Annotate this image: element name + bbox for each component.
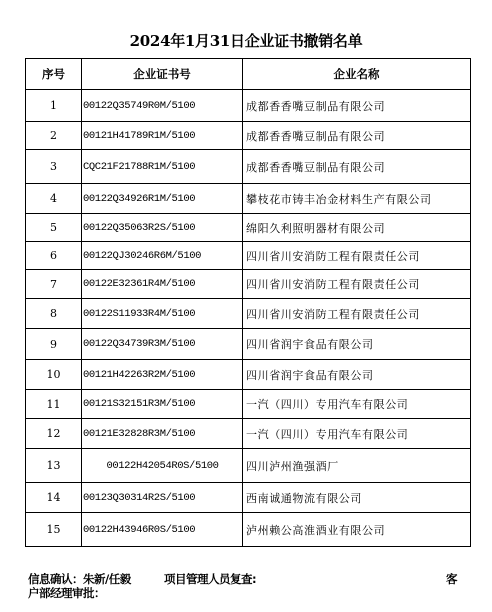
table-row: 11 00121S32151R3M/5100 一汽（四川）专用汽车有限公司: [26, 390, 471, 419]
row-cert: 00122H43946R0S/5100: [82, 513, 243, 547]
row-cert: 00123Q30314R2S/5100: [82, 483, 243, 513]
revocation-table: 序号 企业证书号 企业名称 1 00122Q35749R0M/5100 成都香香…: [25, 58, 471, 547]
row-company: 四川省润宇食品有限公司: [243, 329, 471, 360]
row-company: 绵阳久利照明器材有限公司: [243, 214, 471, 242]
table-row: 14 00123Q30314R2S/5100 西南诚通物流有限公司: [26, 483, 471, 513]
row-cert: 00122E32361R4M/5100: [82, 270, 243, 299]
row-cert: 00122H42054R0S/5100: [82, 449, 243, 483]
row-company: 成都香香嘴豆制品有限公司: [243, 90, 471, 122]
table-row: 9 00122Q34739R3M/5100 四川省润宇食品有限公司: [26, 329, 471, 360]
row-company: 泸州赖公高淮酒业有限公司: [243, 513, 471, 547]
row-company: 四川省川安消防工程有限责任公司: [243, 242, 471, 270]
signature-footer: 信息确认：朱新/任毅 项目管理人员复查: 客 户部经理审批：: [28, 572, 468, 600]
table-header-row: 序号 企业证书号 企业名称: [26, 59, 471, 90]
row-cert: 00121H42263R2M/5100: [82, 360, 243, 390]
info-confirm-label: 信息确认：朱新/任毅: [28, 572, 131, 586]
table-row: 2 00121H41789R1M/5100 成都香香嘴豆制品有限公司: [26, 122, 471, 150]
header-seq: 序号: [26, 59, 82, 90]
row-cert: 00122Q35749R0M/5100: [82, 90, 243, 122]
row-company: 西南诚通物流有限公司: [243, 483, 471, 513]
row-seq: 9: [26, 329, 82, 360]
table-row: 8 00122S11933R4M/5100 四川省川安消防工程有限责任公司: [26, 299, 471, 329]
row-company: 四川泸州渔强酒厂: [243, 449, 471, 483]
row-cert: 00121S32151R3M/5100: [82, 390, 243, 419]
row-seq: 3: [26, 150, 82, 184]
row-seq: 12: [26, 419, 82, 449]
row-seq: 6: [26, 242, 82, 270]
table-row: 10 00121H42263R2M/5100 四川省润宇食品有限公司: [26, 360, 471, 390]
manager-approval-label: 户部经理审批：: [28, 586, 468, 600]
row-company: 四川省川安消防工程有限责任公司: [243, 299, 471, 329]
row-seq: 15: [26, 513, 82, 547]
table-row: 5 00122Q35063R2S/5100 绵阳久利照明器材有限公司: [26, 214, 471, 242]
row-cert: 00121H41789R1M/5100: [82, 122, 243, 150]
row-seq: 5: [26, 214, 82, 242]
row-company: 一汽（四川）专用汽车有限公司: [243, 390, 471, 419]
row-company: 四川省润宇食品有限公司: [243, 360, 471, 390]
row-cert: 00122Q34926R1M/5100: [82, 184, 243, 214]
row-seq: 8: [26, 299, 82, 329]
row-seq: 14: [26, 483, 82, 513]
row-seq: 4: [26, 184, 82, 214]
table-row: 4 00122Q34926R1M/5100 攀枝花市铸丰冶金材料生产有限公司: [26, 184, 471, 214]
row-seq: 11: [26, 390, 82, 419]
row-company: 四川省川安消防工程有限责任公司: [243, 270, 471, 299]
table-row: 1 00122Q35749R0M/5100 成都香香嘴豆制品有限公司: [26, 90, 471, 122]
table-row: 13 00122H42054R0S/5100 四川泸州渔强酒厂: [26, 449, 471, 483]
row-company: 攀枝花市铸丰冶金材料生产有限公司: [243, 184, 471, 214]
row-seq: 7: [26, 270, 82, 299]
row-cert: 00121E32828R3M/5100: [82, 419, 243, 449]
table-row: 3 CQC21F21788R1M/5100 成都香香嘴豆制品有限公司: [26, 150, 471, 184]
header-cert-number: 企业证书号: [82, 59, 243, 90]
pm-review-label: 项目管理人员复查:: [164, 572, 256, 586]
customer-dept-prefix: 客: [446, 572, 457, 586]
row-cert: 00122Q35063R2S/5100: [82, 214, 243, 242]
row-seq: 10: [26, 360, 82, 390]
row-company: 一汽（四川）专用汽车有限公司: [243, 419, 471, 449]
header-company-name: 企业名称: [243, 59, 471, 90]
row-company: 成都香香嘴豆制品有限公司: [243, 122, 471, 150]
table-row: 12 00121E32828R3M/5100 一汽（四川）专用汽车有限公司: [26, 419, 471, 449]
page-title: 2024年1月31日企业证书撤销名单: [0, 30, 492, 51]
row-cert: CQC21F21788R1M/5100: [82, 150, 243, 184]
table-row: 15 00122H43946R0S/5100 泸州赖公高淮酒业有限公司: [26, 513, 471, 547]
row-seq: 2: [26, 122, 82, 150]
row-company: 成都香香嘴豆制品有限公司: [243, 150, 471, 184]
row-cert: 00122QJ30246R6M/5100: [82, 242, 243, 270]
row-cert: 00122S11933R4M/5100: [82, 299, 243, 329]
row-seq: 13: [26, 449, 82, 483]
row-cert: 00122Q34739R3M/5100: [82, 329, 243, 360]
table-row: 6 00122QJ30246R6M/5100 四川省川安消防工程有限责任公司: [26, 242, 471, 270]
row-seq: 1: [26, 90, 82, 122]
table-row: 7 00122E32361R4M/5100 四川省川安消防工程有限责任公司: [26, 270, 471, 299]
